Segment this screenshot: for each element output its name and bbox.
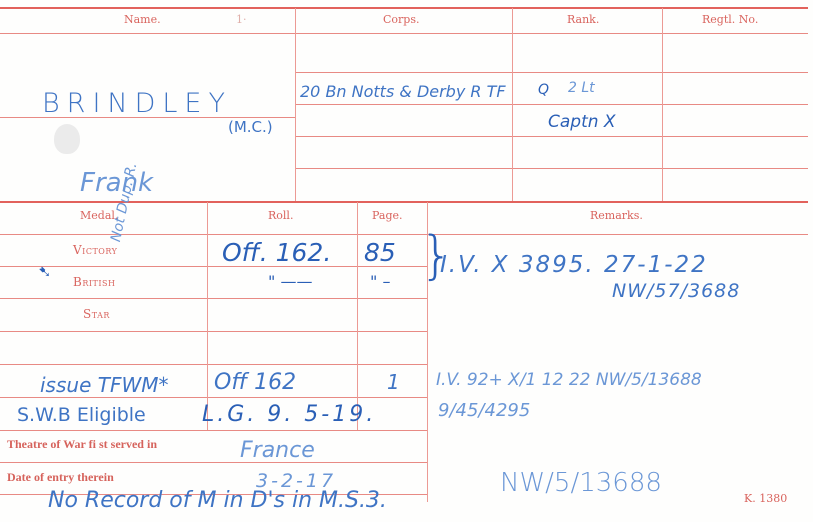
rank-value-1: 2 Lt (568, 80, 595, 96)
tfwm-label: issue TFWM* (40, 373, 169, 397)
row-line (0, 397, 427, 398)
rank-header: Rank. (567, 13, 599, 26)
row-line (295, 72, 808, 73)
row-line (295, 136, 808, 137)
corps-header: Corps. (383, 13, 419, 26)
medal-british-label: British (73, 275, 115, 289)
roll-victory: Off. 162. (222, 238, 331, 267)
date-entry-label: Date of entry therein (7, 470, 114, 485)
row-line (0, 462, 427, 463)
top-border-line (0, 7, 808, 9)
remarks-line-4: 9/45/4295 (438, 400, 530, 421)
column-divider (207, 202, 208, 430)
remarks-line-1: I.V. X 3895. 27-1-22 (440, 252, 708, 278)
regtl-no-header: Regtl. No. (702, 13, 758, 26)
rank-value-2: Captn X (548, 112, 616, 132)
tfwm-roll: Off 162 (214, 370, 296, 395)
theatre-label: Theatre of War fi st served in (7, 437, 157, 452)
footer-note: No Record of M in D's in M.S.3. (48, 488, 387, 513)
page-british: " – (370, 272, 390, 291)
arrow-mark-icon: ➷ (38, 262, 51, 281)
column-divider (662, 8, 663, 201)
page-header: Page. (372, 209, 403, 222)
page-victory: 85 (364, 238, 396, 267)
honour: (M.C.) (228, 118, 273, 136)
column-divider (295, 8, 296, 201)
row-line (0, 298, 427, 299)
theatre-value: France (240, 438, 315, 463)
remarks-line-3: I.V. 92+ X/1 12 22 NW/5/13688 (436, 370, 702, 390)
tfwm-page: 1 (387, 370, 400, 394)
remarks-line-2: NW/57/3688 (612, 280, 740, 302)
column-divider (512, 8, 513, 201)
remarks-line-5: NW/5/13688 (500, 468, 662, 498)
swb-roll: L.G. 9. 5-19. (202, 402, 376, 427)
form-number: K. 1380 (744, 492, 787, 505)
row-line (0, 430, 427, 431)
swb-label: S.W.B Eligible (17, 404, 146, 426)
corps-value: 20 Bn Notts & Derby R TF (300, 82, 506, 101)
roll-header: Roll. (268, 209, 293, 222)
name-header: Name. (124, 13, 161, 26)
rank-mark: Q (538, 82, 549, 98)
row-line (295, 168, 808, 169)
row-line (0, 331, 427, 332)
forename: Frank (80, 168, 153, 198)
medal-index-card: Name. 1· Corps. Rank. Regtl. No. Medal. … (0, 0, 813, 522)
roll-british: " —— (268, 272, 312, 291)
row-line (295, 104, 808, 105)
leaf-stamp-icon (54, 124, 80, 154)
remarks-header: Remarks. (590, 209, 643, 222)
medal-victory-label: Victory (73, 243, 117, 257)
header-mark: 1· (236, 13, 247, 26)
row-line (0, 364, 427, 365)
row-line (0, 266, 427, 267)
medal-star-label: Star (83, 307, 110, 321)
column-divider (357, 202, 358, 430)
surname: BRINDLEY (42, 88, 232, 119)
header-underline (0, 33, 808, 34)
